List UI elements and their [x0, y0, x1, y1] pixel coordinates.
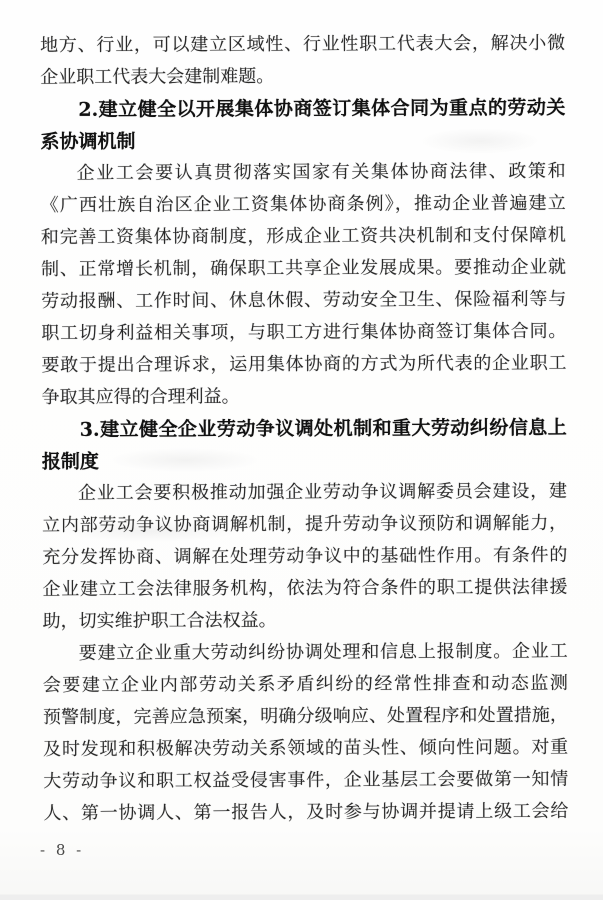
- section-heading: 报制度: [42, 444, 567, 478]
- text-line: 人、第一协调人、第一报告人，及时参与协调并提请上级工会给: [43, 796, 568, 830]
- section-heading: 系协调机制: [40, 124, 565, 158]
- text-line: 制、正常增长机制，确保职工共享企业发展成果。要推动企业就: [41, 252, 566, 286]
- document-page: 地方、行业，可以建立区域性、行业性职工代表大会，解决小微 企业职工代表大会建制难…: [0, 0, 603, 900]
- text-line: 企业工会要认真贯彻落实国家有关集体协商法律、政策和: [41, 156, 566, 190]
- text-line: 地方、行业，可以建立区域性、行业性职工代表大会，解决小微: [40, 28, 565, 62]
- text-line: 及时发现和积极解决劳动关系领域的苗头性、倾向性问题。对重: [43, 732, 568, 766]
- section-heading: 3.建立健全企业劳动争议调处机制和重大劳动纠纷信息上: [42, 412, 567, 446]
- text-line: 充分发挥协商、调解在处理劳动争议中的基础性作用。有条件的: [42, 540, 567, 574]
- text-line: 企业建立工会法律服务机构，依法为符合条件的职工提供法律援: [42, 572, 567, 606]
- text-line: 和完善工资集体协商制度，形成企业工资共决机制和支付保障机: [41, 220, 566, 254]
- text-line: 助，切实维护职工合法权益。: [43, 604, 568, 638]
- text-line: 要建立企业重大劳动纠纷协调处理和信息上报制度。企业工: [43, 636, 568, 670]
- text-line: 要敢于提出合理诉求，运用集体协商的方式为所代表的企业职工: [41, 348, 566, 382]
- text-line: 劳动报酬、工作时间、休息休假、劳动安全卫生、保险福利等与: [41, 284, 566, 318]
- text-line: 《广西壮族自治区企业工资集体协商条例》，推动企业普遍建立: [41, 188, 566, 222]
- text-line: 大劳动争议和职工权益受侵害事件，企业基层工会要做第一知情: [43, 764, 568, 798]
- text-line: 预警制度，完善应急预案，明确分级响应、处置程序和处置措施，: [43, 700, 568, 734]
- text-line: 会要建立企业内部劳动关系矛盾纠纷的经常性排查和动态监测: [43, 668, 568, 702]
- text-line: 企业职工代表大会建制难题。: [40, 60, 565, 94]
- text-line: 企业工会要积极推动加强企业劳动争议调解委员会建设，建: [42, 476, 567, 510]
- text-line: 争取其应得的合理利益。: [42, 380, 567, 414]
- page-number: - 8 -: [40, 840, 84, 860]
- section-heading: 2.建立健全以开展集体协商签订集体合同为重点的劳动关: [40, 92, 565, 126]
- scan-edge-shadow: [0, 894, 603, 900]
- text-line: 职工切身利益相关事项，与职工方进行集体协商签订集体合同。: [41, 316, 566, 350]
- document-body: 地方、行业，可以建立区域性、行业性职工代表大会，解决小微 企业职工代表大会建制难…: [40, 28, 568, 830]
- text-line: 立内部劳动争议协商调解机制，提升劳动争议预防和调解能力，: [42, 508, 567, 542]
